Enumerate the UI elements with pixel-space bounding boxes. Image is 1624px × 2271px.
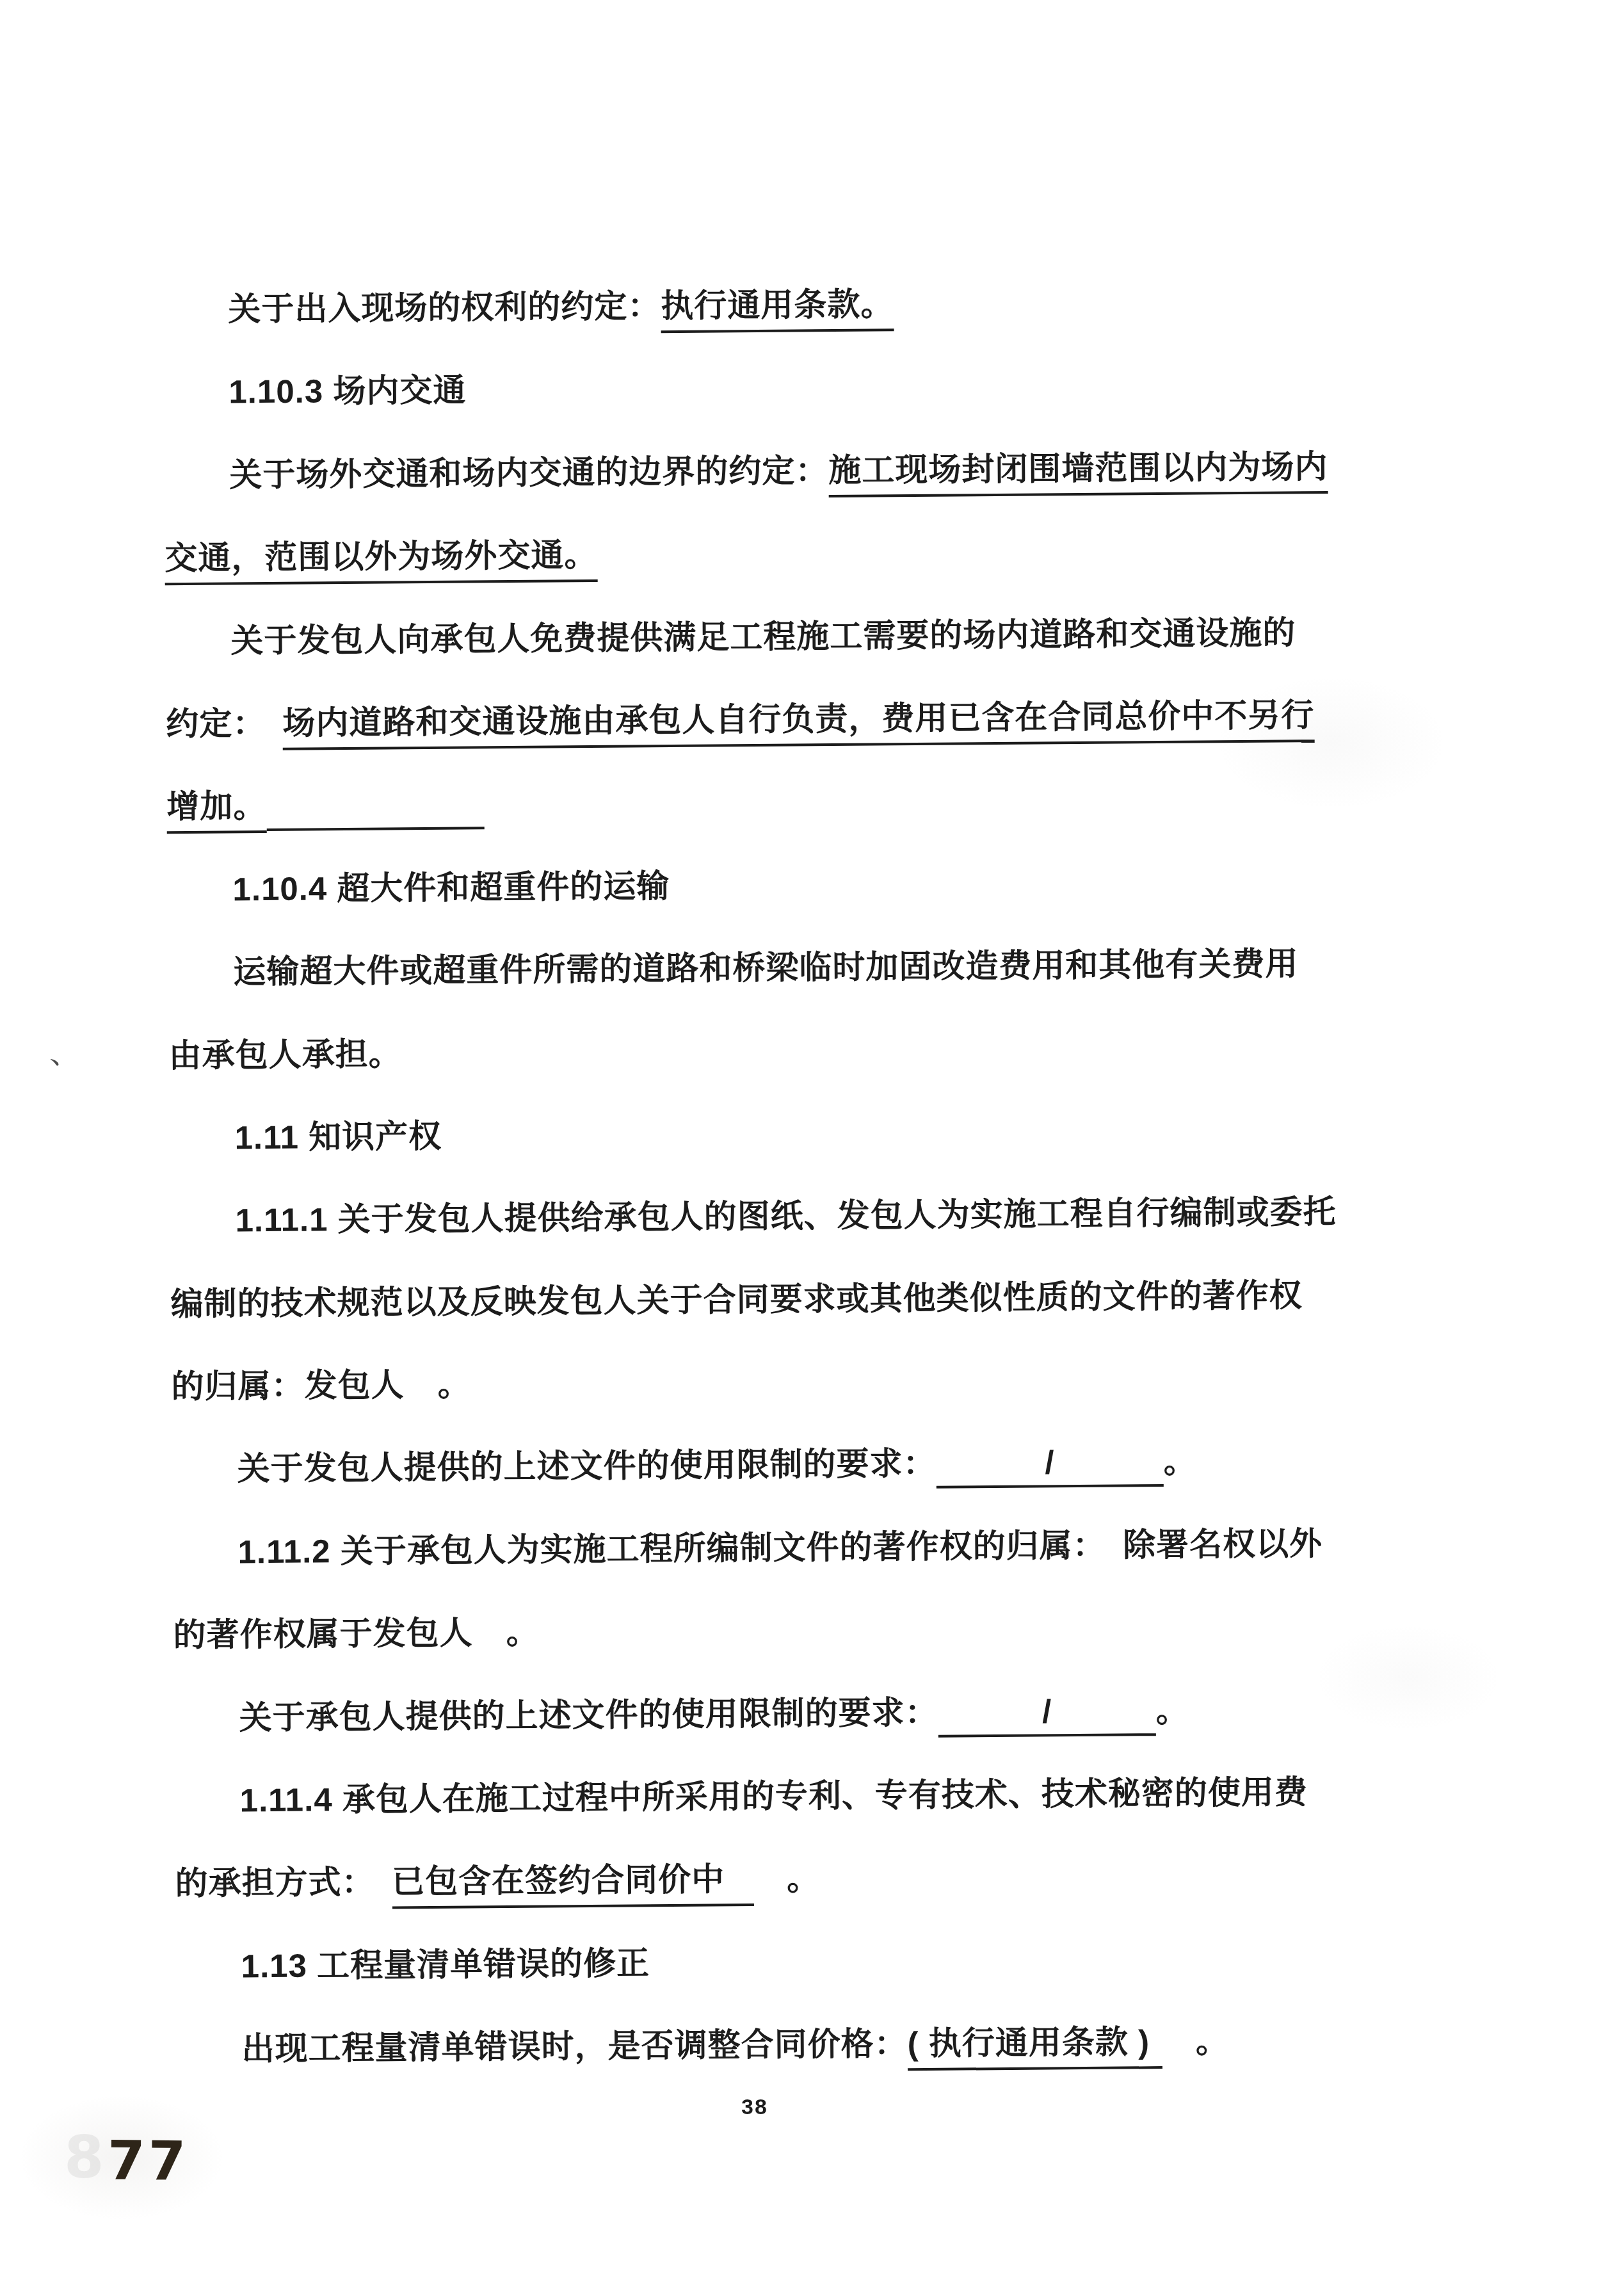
text-run: 。: [1162, 2023, 1229, 2060]
text-run: 约定：: [166, 705, 266, 742]
text-line: 的归属：发包人 。: [171, 1336, 1349, 1428]
text-run: 关于承包人提供的上述文件的使用限制的要求：: [239, 1693, 938, 1736]
text-line: 1.13 工程量清单错误的修正: [175, 1916, 1354, 2008]
text-line: 由承包人承担。: [168, 1005, 1347, 1097]
underlined-run: 场内道路和交通设施由承包人自行负责，费用已含在合同总价中不另行: [282, 688, 1315, 750]
text-run: 关于发包人提供的上述文件的使用限制的要求：: [237, 1445, 936, 1487]
text-run: 关于出入现场的权利的约定：: [228, 287, 661, 327]
scanned-contract-page: 、 关于出入现场的权利的约定：执行通用条款。1.10.3 场内交通关于场外交通和…: [0, 0, 1624, 2271]
text-run: 出现工程量清单错误时，是否调整合同价格：: [241, 2025, 907, 2067]
text-run: 关于场外交通和场内交通的边界的约定：: [229, 452, 828, 493]
text-run: 1.11 知识产权: [234, 1118, 442, 1156]
underlined-run: 交通，范围以外为场外交通。: [165, 528, 598, 585]
text-run: 1.10.4 超大件和超重件的运输: [232, 868, 670, 907]
underlined-run: 执行通用条款。: [661, 277, 894, 333]
text-line: 1.10.3 场内交通: [163, 342, 1342, 434]
text-line: 关于发包人向承包人免费提供满足工程施工需要的场内道路和交通设施的: [165, 590, 1344, 683]
blank-fill-field: /: [938, 1692, 1156, 1738]
text-run: 的归属：发包人 。: [171, 1366, 470, 1405]
text-line: 关于承包人提供的上述文件的使用限制的要求：/。: [173, 1667, 1352, 1759]
text-line: 约定：场内道路和交通设施由承包人自行负责，费用已含在合同总价中不另行: [166, 674, 1344, 766]
text-run: 。: [1155, 1692, 1189, 1728]
text-run: 的著作权属于发包人 。: [173, 1614, 539, 1653]
text-line: 关于出入现场的权利的约定：执行通用条款。: [163, 259, 1341, 352]
document-body: 关于出入现场的权利的约定：执行通用条款。1.10.3 场内交通关于场外交通和场内…: [163, 259, 1355, 2091]
blank-fill-field: [266, 786, 485, 832]
text-run: 。: [753, 1861, 820, 1898]
text-run: 关于发包人向承包人免费提供满足工程施工需要的场内道路和交通设施的: [230, 614, 1296, 659]
text-line: 出现工程量清单错误时，是否调整合同价格：( 执行通用条款 ) 。: [176, 1999, 1355, 2091]
text-run: 运输超大件或超重件所需的道路和桥梁临时加固改造费用和其他有关费用: [233, 945, 1298, 990]
text-line: 1.11.1 关于发包人提供给承包人的图纸、发包人为实施工程自行编制或委托: [170, 1170, 1348, 1263]
blank-fill-field: /: [936, 1443, 1164, 1489]
text-run: 。: [1163, 1443, 1196, 1480]
text-line: 1.11 知识产权: [169, 1088, 1347, 1180]
text-run: 1.13 工程量清单错误的修正: [241, 1944, 650, 1984]
text-run: 1.11.1 关于发包人提供给承包人的图纸、发包人为实施工程自行编制或委托: [235, 1193, 1337, 1239]
text-run: 由承包人承担。: [168, 1035, 401, 1074]
text-line: 增加。: [166, 756, 1345, 848]
text-line: 的承担方式： 已包含在签约合同价中 。: [175, 1833, 1353, 1925]
text-line: 的著作权属于发包人 。: [173, 1585, 1351, 1677]
footer-page-number: 38: [741, 2095, 768, 2120]
text-run: 1.11.2 关于承包人为实施工程所编制文件的著作权的归属： 除署名权以外: [237, 1525, 1323, 1570]
text-line: 编制的技术规范以及反映发包人关于合同要求或其他类似性质的文件的著作权: [170, 1253, 1349, 1345]
underlined-run: ( 执行通用条款 ): [907, 2015, 1162, 2071]
text-run: 的承担方式：: [175, 1864, 392, 1902]
stamp-ghost-mark: 8: [64, 2124, 104, 2192]
text-line: 交通，范围以外为场外交通。: [165, 508, 1343, 600]
text-line: 关于发包人提供的上述文件的使用限制的要求：/。: [172, 1419, 1350, 1511]
text-run: 1.11.4 承包人在施工过程中所采用的专利、专有技术、技术秘密的使用费: [239, 1774, 1308, 1818]
underlined-run: 已包含在签约合同价中: [392, 1853, 754, 1909]
text-line: 1.10.4 超大件和超重件的运输: [167, 839, 1346, 932]
text-line: 1.11.4 承包人在施工过程中所采用的专利、专有技术、技术秘密的使用费: [174, 1750, 1353, 1843]
text-line: 运输超大件或超重件所需的道路和桥梁临时加固改造费用和其他有关费用: [168, 922, 1346, 1014]
text-line: 关于场外交通和场内交通的边界的约定：施工现场封闭围墙范围以内为场内: [164, 425, 1342, 517]
stray-ink-mark: 、: [47, 1028, 81, 1073]
text-run: 编制的技术规范以及反映发包人关于合同要求或其他类似性质的文件的著作权: [170, 1277, 1302, 1322]
underlined-run: 增加。: [166, 779, 267, 834]
corner-page-stamp: 77: [107, 2129, 189, 2192]
text-line: 1.11.2 关于承包人为实施工程所编制文件的著作权的归属： 除署名权以外: [172, 1502, 1351, 1594]
underlined-run: 施工现场封闭围墙范围以内为场内: [828, 440, 1328, 497]
text-run: 1.10.3 场内交通: [229, 372, 466, 410]
